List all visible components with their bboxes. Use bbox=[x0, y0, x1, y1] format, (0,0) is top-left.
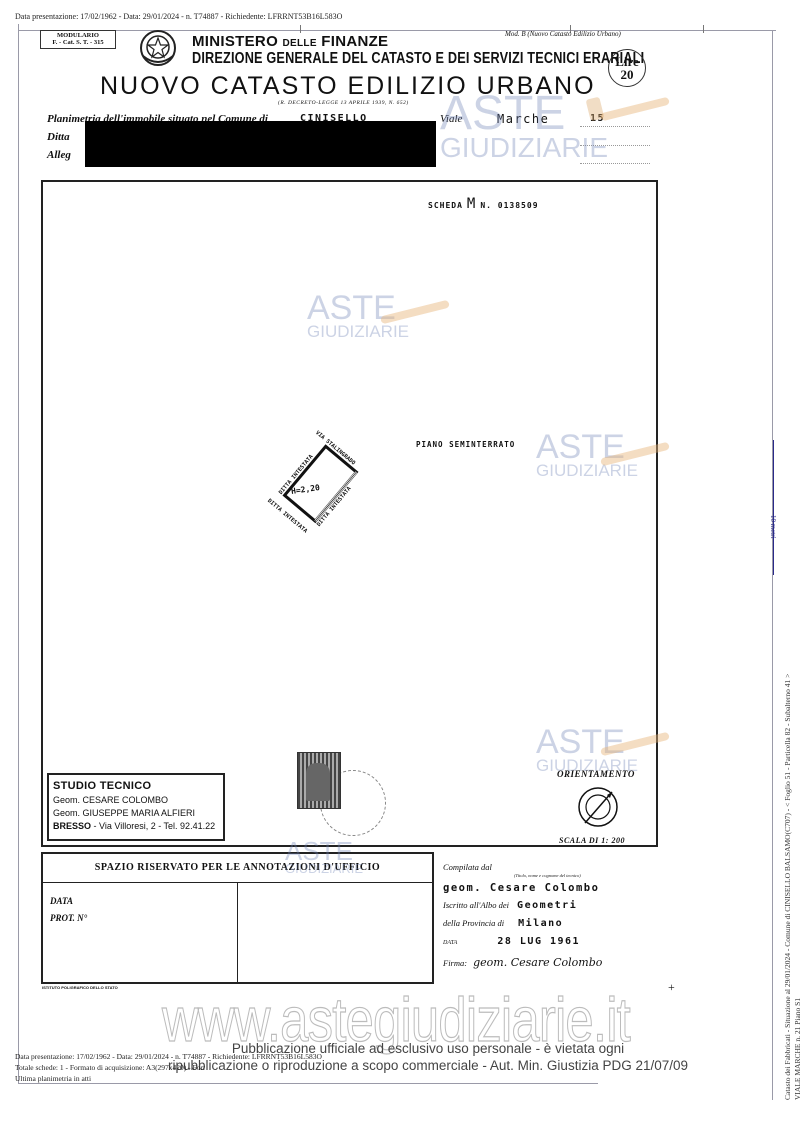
sheet-number: SCHEDAMN. 0138509 bbox=[428, 196, 539, 212]
frame-bottom-line bbox=[18, 1083, 598, 1084]
compiled-by-note: (Titolo, nome e cognome del tecnico) bbox=[514, 873, 581, 878]
aste-watermark: ASTE GIUDIZIARIE bbox=[285, 840, 363, 875]
province-row: della Provincia diMilano bbox=[443, 918, 563, 929]
scale-bar-label: 10 metri bbox=[769, 515, 777, 539]
scale-bar-10m bbox=[773, 440, 774, 575]
italian-republic-emblem-icon bbox=[138, 28, 178, 68]
frame-tick bbox=[300, 25, 301, 33]
modulario-box: MODULARIO F. - Cat. S. T. - 315 bbox=[40, 30, 116, 49]
annotations-divider bbox=[237, 882, 238, 984]
modulario-code: F. - Cat. S. T. - 315 bbox=[41, 39, 115, 46]
footer-line-1: Data presentazione: 17/02/1962 - Data: 2… bbox=[15, 1052, 322, 1061]
floor-label: PIANO SEMINTERRATO bbox=[416, 440, 515, 449]
crosshair-mark: + bbox=[668, 980, 675, 995]
header-metadata: Data presentazione: 17/02/1962 - Data: 2… bbox=[15, 12, 342, 21]
dotted-line bbox=[580, 163, 650, 164]
scale-label: SCALA DI 1: 200 bbox=[559, 836, 625, 845]
date-row: DATA28 LUG 1961 bbox=[443, 936, 580, 947]
directorate-name: DIREZIONE GENERALE DEL CATASTO E DEI SER… bbox=[192, 50, 644, 68]
technical-studio-stamp: STUDIO TECNICO Geom. CESARE COLOMBO Geom… bbox=[47, 773, 225, 841]
compiled-by-row: Compilata dal bbox=[443, 862, 492, 872]
frame-top-line bbox=[18, 30, 776, 31]
aste-watermark: ASTE GIUDIZIARIE bbox=[440, 92, 608, 160]
annotation-protocol-label: PROT. N° bbox=[50, 913, 87, 923]
revenue-stamp-icon bbox=[297, 752, 341, 809]
frame-left-line bbox=[18, 24, 19, 1084]
cadastre-side-info: Catasto dei Fabbricati - Situazione al 2… bbox=[783, 674, 800, 1100]
footer-line-3: Ultima planimetria in atti bbox=[15, 1074, 91, 1083]
annotation-date-label: DATA bbox=[50, 896, 73, 906]
ministry-name: MINISTERO DELLE FINANZE bbox=[192, 33, 388, 50]
decree-reference: (R. DECRETO-LEGGE 13 APRILE 1939, N. 652… bbox=[278, 100, 409, 106]
technician-name: geom. Cesare Colombo bbox=[443, 882, 599, 894]
office-annotations-title: SPAZIO RISERVATO PER LE ANNOTAZIONI D'UF… bbox=[43, 853, 432, 883]
modulario-title: MODULARIO bbox=[41, 32, 115, 39]
room-plan-drawing bbox=[262, 425, 382, 545]
model-label: Mod. B (Nuovo Catasto Edilizio Urbano) bbox=[505, 30, 621, 38]
frame-tick bbox=[703, 25, 704, 33]
revenue-stamp-lire: Lire 20 bbox=[608, 49, 646, 87]
allegata-label: Alleg bbox=[47, 149, 71, 161]
footer-line-2: Totale schede: 1 - Formato di acquisizio… bbox=[15, 1063, 205, 1072]
register-row: Iscritto all'Albo deiGeometri bbox=[443, 900, 577, 911]
north-arrow-compass-icon bbox=[577, 786, 619, 828]
signature-row: Firma:geom. Cesare Colombo bbox=[443, 956, 602, 969]
printer-credit: ISTITUTO POLIGRAFICO DELLO STATO bbox=[42, 985, 118, 990]
orientation-label: ORIENTAMENTO bbox=[557, 769, 635, 779]
technician-row: geom. Cesare Colombo bbox=[443, 882, 599, 894]
gavel-watermark-icon bbox=[600, 97, 670, 122]
redaction-block bbox=[85, 121, 436, 167]
ditta-label: Ditta bbox=[47, 131, 70, 143]
